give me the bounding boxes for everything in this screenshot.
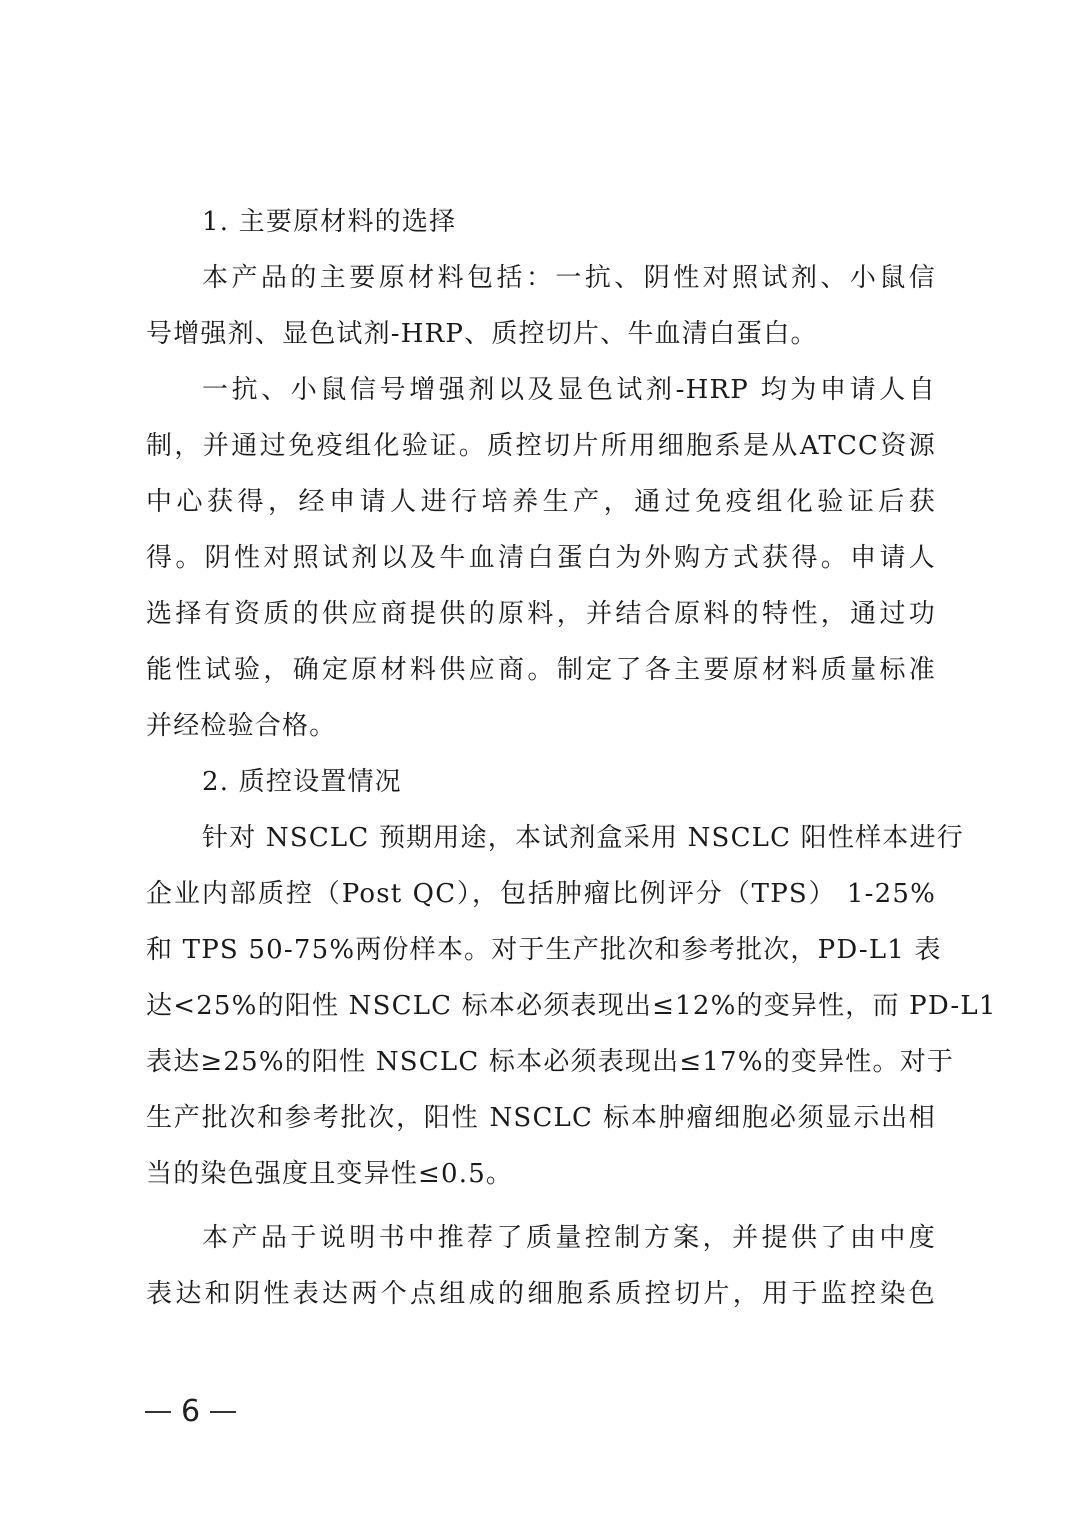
paragraph-line: 一抗、小鼠信号增强剂以及显色试剂-HRP 均为申请人自	[202, 374, 936, 406]
page-number: 6	[181, 1394, 200, 1430]
section-1-heading: 1. 主要原材料的选择	[202, 206, 936, 238]
footer-dash-right	[210, 1411, 236, 1413]
paragraph-line: 达<25%的阳性 NSCLC 标本必须表现出≤12%的变异性，而 PD-L1	[146, 990, 936, 1022]
paragraph-line: 能性试验，确定原材料供应商。制定了各主要原材料质量标准	[146, 654, 936, 686]
paragraph-line: 中心获得，经申请人进行培养生产，通过免疫组化验证后获	[146, 486, 936, 518]
paragraph-line: 本产品于说明书中推荐了质量控制方案，并提供了由中度	[202, 1222, 936, 1254]
paragraph-line: 得。阴性对照试剂以及牛血清白蛋白为外购方式获得。申请人	[146, 542, 936, 574]
paragraph-line: 制，并通过免疫组化验证。质控切片所用细胞系是从ATCC资源	[146, 430, 936, 462]
paragraph-line: 生产批次和参考批次，阳性 NSCLC 标本肿瘤细胞必须显示出相	[146, 1102, 936, 1134]
paragraph-line: 企业内部质控（Post QC），包括肿瘤比例评分（TPS） 1-25%	[146, 878, 936, 910]
paragraph-line: 选择有资质的供应商提供的原料，并结合原料的特性，通过功	[146, 598, 936, 630]
footer-dash-left	[145, 1411, 171, 1413]
paragraph-line: 和 TPS 50-75%两份样本。对于生产批次和参考批次，PD-L1 表	[146, 934, 936, 966]
paragraph-line: 并经检验合格。	[146, 710, 936, 742]
page-footer: 6	[145, 1394, 236, 1430]
paragraph-line: 本产品的主要原材料包括：一抗、阴性对照试剂、小鼠信	[202, 262, 936, 294]
document-page: 1. 主要原材料的选择 本产品的主要原材料包括：一抗、阴性对照试剂、小鼠信 号增…	[0, 0, 1080, 1527]
paragraph-line: 号增强剂、显色试剂-HRP、质控切片、牛血清白蛋白。	[146, 318, 936, 350]
paragraph-line: 表达和阴性表达两个点组成的细胞系质控切片，用于监控染色	[146, 1278, 936, 1310]
section-2-heading: 2. 质控设置情况	[202, 766, 936, 798]
paragraph-line: 针对 NSCLC 预期用途，本试剂盒采用 NSCLC 阳性样本进行	[202, 822, 936, 854]
paragraph-line: 表达≥25%的阳性 NSCLC 标本必须表现出≤17%的变异性。对于	[146, 1046, 936, 1078]
paragraph-line: 当的染色强度且变异性≤0.5。	[146, 1158, 936, 1190]
